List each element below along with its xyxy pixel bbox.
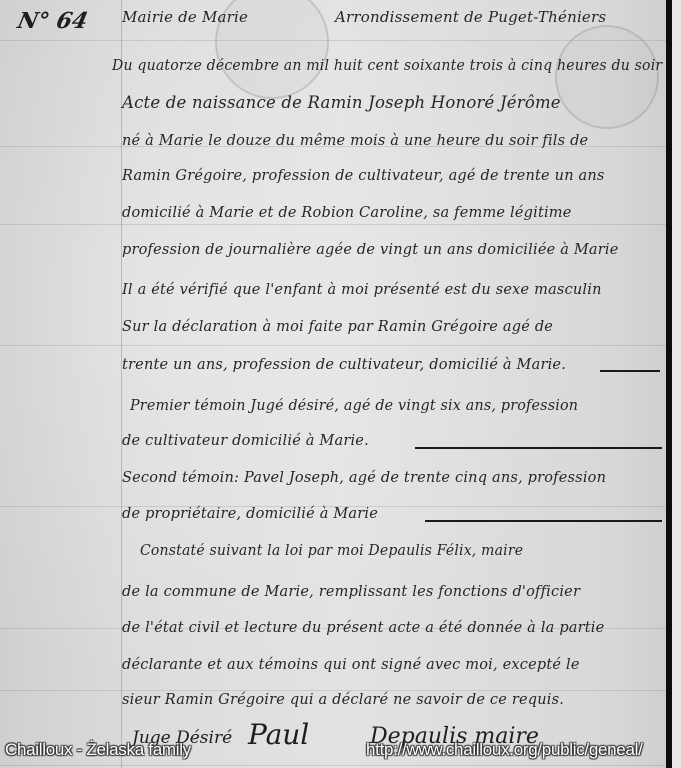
text-line: Second témoin: Pavel Joseph, agé de tren…: [122, 470, 662, 486]
ruled-line: [0, 345, 666, 346]
text-line: trente un ans, profession de cultivateur…: [122, 357, 662, 373]
page-edge: [672, 0, 681, 768]
text-line: de l'état civil et lecture du présent ac…: [122, 620, 662, 636]
text-line-act-title: Acte de naissance de Ramin Joseph Honoré…: [122, 93, 662, 112]
text-line: profession de journalière agée de vingt …: [122, 242, 662, 258]
header-arrondissement: Arrondissement de Puget-Théniers: [335, 8, 606, 26]
text-line: né à Marie le douze du même mois à une h…: [122, 133, 662, 149]
fill-rule: [415, 447, 662, 449]
text-line: domicilié à Marie et de Robion Caroline,…: [122, 205, 662, 221]
text-line: Premier témoin Jugé désiré, agé de vingt…: [130, 398, 662, 414]
text-line: Sur la déclaration à moi faite par Ramin…: [122, 319, 662, 335]
fill-rule: [600, 370, 660, 372]
watermark-family: Chailloux - Żelaska family: [5, 740, 191, 760]
entry-number: N° 64: [15, 8, 90, 34]
text-line: Ramin Grégoire, profession de cultivateu…: [122, 168, 662, 184]
signature-witness-2: Paul: [248, 718, 309, 751]
text-line: sieur Ramin Grégoire qui a déclaré ne sa…: [122, 692, 662, 708]
watermark-url: http://www.chailloux.org/public/geneal/: [366, 740, 643, 760]
fill-rule: [425, 520, 662, 522]
text-line: Il a été vérifié que l'enfant à moi prés…: [122, 282, 662, 298]
text-line: Constaté suivant la loi par moi Depaulis…: [140, 543, 662, 559]
text-line: déclarante et aux témoins qui ont signé …: [122, 657, 662, 673]
ruled-line: [0, 224, 666, 225]
ruled-line: [0, 40, 666, 41]
ruled-line: [0, 765, 666, 766]
text-line-date: Du quatorze décembre an mil huit cent so…: [112, 58, 636, 74]
scanned-register-page: N° 64 Mairie de Marie Arrondissement de …: [0, 0, 681, 768]
faded-seal-stamp: [555, 25, 659, 129]
header-commune: Mairie de Marie: [122, 8, 248, 26]
margin-line: [121, 0, 122, 768]
text-line: de la commune de Marie, remplissant les …: [122, 584, 662, 600]
ruled-line: [0, 690, 666, 691]
